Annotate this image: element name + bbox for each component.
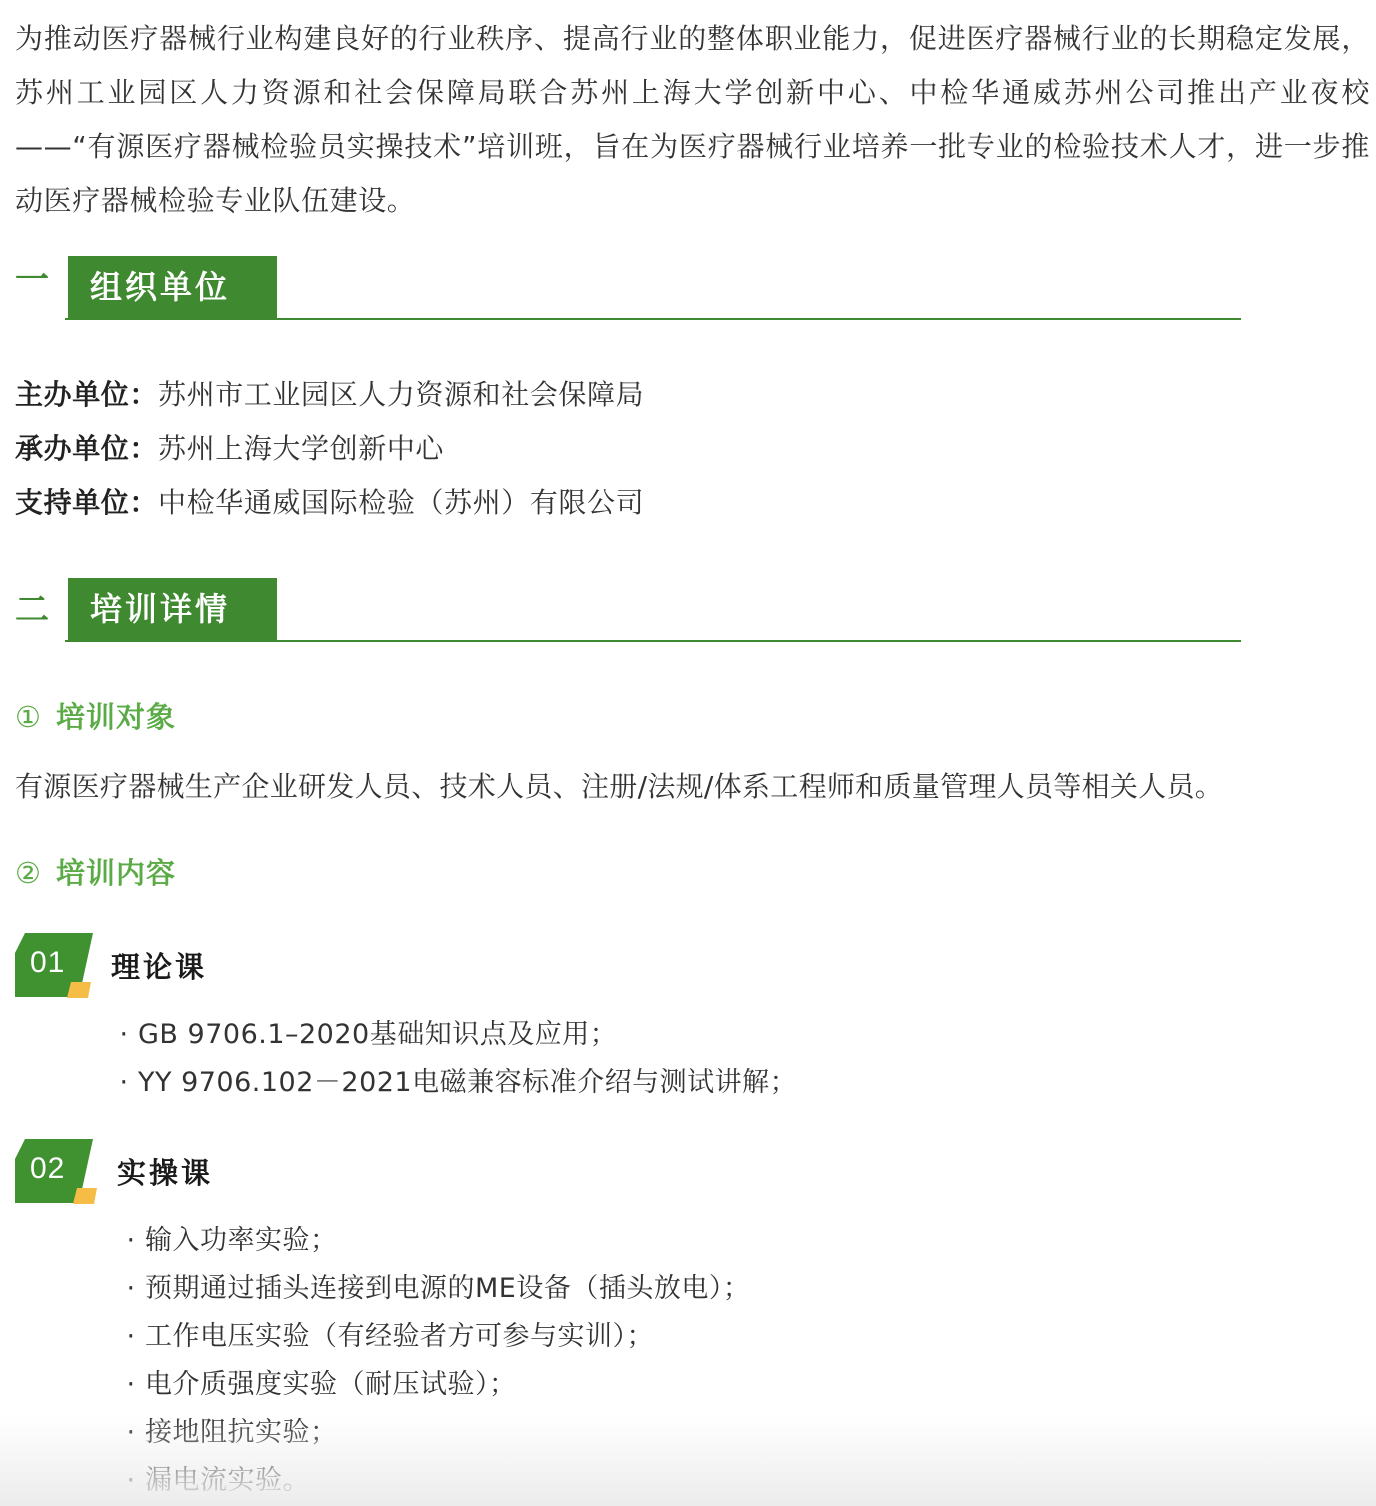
list-item: ·工作电压实验（有经验者方可参与实训）； (117, 1313, 750, 1361)
course-title: 实操课 (117, 1153, 213, 1193)
subheading-label: 培训对象 (56, 700, 176, 734)
list-item: ·GB 9706.1–2020基础知识点及应用； (110, 1011, 797, 1059)
subheading-label: 培训内容 (56, 856, 176, 890)
organizer-label: 承办单位： (15, 432, 158, 465)
organizer-row-undertaker: 承办单位：苏州上海大学创新中心 (15, 422, 644, 476)
course-header-practice: 02 实操课 (15, 1139, 415, 1209)
list-item: ·接地阻抗实验； (117, 1409, 750, 1457)
section-number: 一 (15, 260, 49, 300)
badge-accent-icon (67, 982, 91, 998)
organizer-label: 主办单位： (15, 378, 158, 411)
section-divider (65, 318, 1241, 320)
list-item: ·漏电流实验。 (117, 1457, 750, 1505)
organizer-label: 支持单位： (15, 486, 158, 519)
section-header-training-details: 二 培训详情 (0, 578, 1245, 646)
course-number: 01 (30, 943, 65, 983)
section-title: 组织单位 (68, 256, 277, 318)
list-item: ·预期通过插头连接到电源的ME设备（插头放电）； (117, 1265, 750, 1313)
organizer-row-host: 主办单位：苏州市工业园区人力资源和社会保障局 (15, 368, 644, 422)
course-header-theory: 01 理论课 (15, 933, 415, 1003)
bullet-icon: · (117, 1265, 145, 1313)
course-number: 02 (30, 1149, 65, 1189)
organizer-value: 苏州市工业园区人力资源和社会保障局 (158, 378, 644, 411)
organizer-row-supporter: 支持单位：中检华通威国际检验（苏州）有限公司 (15, 476, 644, 530)
circled-number-icon: ② (15, 856, 42, 890)
list-item-text: 预期通过插头连接到电源的ME设备（插头放电）； (145, 1273, 750, 1304)
subheading-target-audience: ①培训对象 (15, 697, 176, 737)
course-number-badge: 01 (15, 933, 93, 997)
list-item: ·输入功率实验； (117, 1217, 750, 1265)
bullet-icon: · (117, 1361, 145, 1409)
list-item-text: 输入功率实验； (145, 1225, 338, 1256)
list-item-text: 电介质强度实验（耐压试验）； (145, 1369, 517, 1400)
course-item-list-theory: ·GB 9706.1–2020基础知识点及应用； ·YY 9706.102－20… (110, 1011, 797, 1107)
target-audience-text: 有源医疗器械生产企业研发人员、技术人员、注册/法规/体系工程师和质量管理人员等相… (15, 762, 1223, 812)
bullet-icon: · (117, 1457, 145, 1505)
badge-accent-icon (73, 1188, 97, 1204)
bullet-icon: · (117, 1409, 145, 1457)
subheading-training-content: ②培训内容 (15, 853, 176, 893)
list-item: ·YY 9706.102－2021电磁兼容标准介绍与测试讲解； (110, 1059, 797, 1107)
section-header-organizers: 一 组织单位 (0, 256, 1245, 324)
course-number-badge: 02 (15, 1139, 93, 1203)
organizer-value: 苏州上海大学创新中心 (158, 432, 444, 465)
list-item-text: 漏电流实验。 (145, 1465, 310, 1496)
list-item-text: 工作电压实验（有经验者方可参与实训）； (145, 1321, 654, 1352)
section-divider (65, 640, 1241, 642)
circled-number-icon: ① (15, 700, 42, 734)
bullet-icon: · (117, 1313, 145, 1361)
course-item-list-practice: ·输入功率实验； ·预期通过插头连接到电源的ME设备（插头放电）； ·工作电压实… (117, 1217, 750, 1505)
bullet-icon: · (110, 1011, 138, 1059)
intro-paragraph: 为推动医疗器械行业构建良好的行业秩序、提高行业的整体职业能力，促进医疗器械行业的… (15, 12, 1370, 228)
list-item: ·电介质强度实验（耐压试验）； (117, 1361, 750, 1409)
organizer-list: 主办单位：苏州市工业园区人力资源和社会保障局 承办单位：苏州上海大学创新中心 支… (15, 368, 644, 530)
section-title: 培训详情 (68, 578, 277, 640)
organizer-value: 中检华通威国际检验（苏州）有限公司 (158, 486, 644, 519)
bullet-icon: · (117, 1217, 145, 1265)
section-number: 二 (15, 590, 49, 630)
list-item-text: YY 9706.102－2021电磁兼容标准介绍与测试讲解； (138, 1067, 797, 1098)
list-item-text: 接地阻抗实验； (145, 1417, 338, 1448)
course-title: 理论课 (111, 947, 207, 987)
bullet-icon: · (110, 1059, 138, 1107)
list-item-text: GB 9706.1–2020基础知识点及应用； (138, 1019, 617, 1050)
